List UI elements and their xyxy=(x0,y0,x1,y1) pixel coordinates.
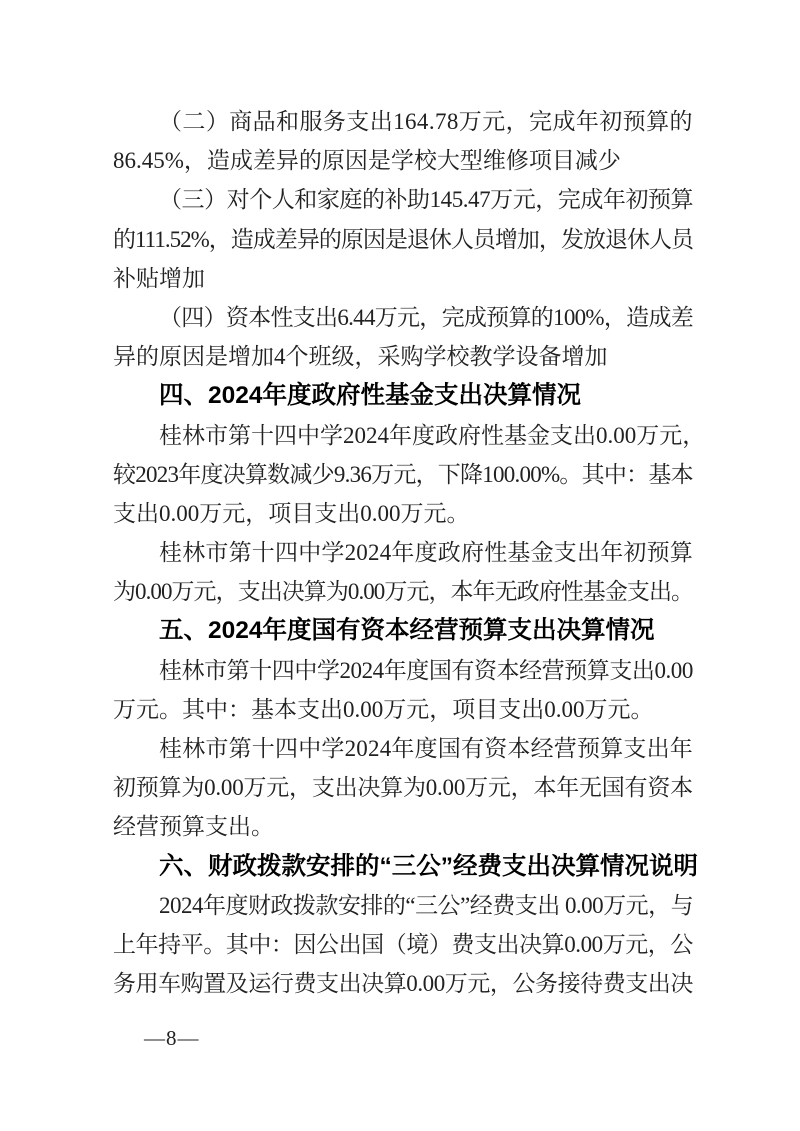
text-line: 上年持平。其中：因公出国（境）费支出决算0.00万元，公 xyxy=(113,925,693,964)
text-run: 为0.00万元，支出决算为0.00万元，本年无政府性基金支出。 xyxy=(113,579,693,604)
section-heading-6: 六、财政拨款安排的“三公”经费支出决算情况说明 xyxy=(113,847,693,886)
text-run: 桂林市第十四中学2024年度政府性基金支出0.00万元， xyxy=(159,423,705,448)
text-line: 补贴增加 xyxy=(113,259,693,298)
text-run: 2024年度财政拨款安排的“三公”经费支出 0.00万元，与 xyxy=(159,893,693,918)
text-run: 补贴增加 xyxy=(113,266,205,291)
heading-text: 六、财政拨款安排的“三公”经费支出决算情况说明 xyxy=(159,853,698,880)
text-line: （三）对个人和家庭的补助145.47万元，完成年初预算 xyxy=(113,180,693,219)
text-line: 经营预算支出。 xyxy=(113,807,693,846)
text-line: （二）商品和服务支出164.78万元，完成年初预算的 xyxy=(113,102,693,141)
text-line: 支出0.00万元，项目支出0.00万元。 xyxy=(113,494,693,533)
section-heading-4: 四、2024年度政府性基金支出决算情况 xyxy=(113,376,693,415)
page-number: —8— xyxy=(144,1023,200,1053)
text-line: 较2023年度决算数减少9.36万元，下降100.00%。其中：基本 xyxy=(113,455,693,494)
text-run: 桂林市第十四中学2024年度国有资本经营预算支出0.00 xyxy=(159,658,693,683)
section-heading-5: 五、2024年度国有资本经营预算支出决算情况 xyxy=(113,611,693,650)
text-line: 初预算为0.00万元，支出决算为0.00万元，本年无国有资本 xyxy=(113,768,693,807)
document-page: （二）商品和服务支出164.78万元，完成年初预算的 86.45%，造成差异的原… xyxy=(0,0,800,1131)
text-run: 86.45%，造成差异的原因是学校大型维修项目减少 xyxy=(113,148,621,173)
text-line: 桂林市第十四中学2024年度政府性基金支出0.00万元， xyxy=(113,416,693,455)
text-line: 86.45%，造成差异的原因是学校大型维修项目减少 xyxy=(113,141,693,180)
text-run: 万元。其中：基本支出0.00万元，项目支出0.00万元。 xyxy=(113,697,654,722)
text-run: 初预算为0.00万元，支出决算为0.00万元，本年无国有资本 xyxy=(113,775,693,800)
document-body: （二）商品和服务支出164.78万元，完成年初预算的 86.45%，造成差异的原… xyxy=(113,102,693,1003)
text-line: 桂林市第十四中学2024年度国有资本经营预算支出0.00 xyxy=(113,651,693,690)
text-line: 桂林市第十四中学2024年度政府性基金支出年初预算 xyxy=(113,533,693,572)
text-run: 桂林市第十四中学2024年度政府性基金支出年初预算 xyxy=(159,540,693,565)
text-line: 务用车购置及运行费支出决算0.00万元，公务接待费支出决 xyxy=(113,964,693,1003)
text-run: 经营预算支出。 xyxy=(113,814,274,839)
page-number-text: —8— xyxy=(144,1026,200,1050)
text-run: （二）商品和服务支出164.78万元，完成年初预算的 xyxy=(159,109,693,134)
text-line: 异的原因是增加4个班级，采购学校教学设备增加 xyxy=(113,337,693,376)
text-run: 桂林市第十四中学2024年度国有资本经营预算支出年 xyxy=(159,736,693,761)
text-run: 异的原因是增加4个班级，采购学校教学设备增加 xyxy=(113,344,608,369)
text-run: （四）资本性支出6.44万元，完成预算的100%，造成差 xyxy=(159,305,693,330)
text-run: 的111.52%，造成差异的原因是退休人员增加，发放退休人员 xyxy=(113,227,693,252)
heading-text: 五、2024年度国有资本经营预算支出决算情况 xyxy=(159,617,655,644)
text-line: （四）资本性支出6.44万元，完成预算的100%，造成差 xyxy=(113,298,693,337)
text-run: 支出0.00万元，项目支出0.00万元。 xyxy=(113,501,470,526)
text-line: 2024年度财政拨款安排的“三公”经费支出 0.00万元，与 xyxy=(113,886,693,925)
text-line: 的111.52%，造成差异的原因是退休人员增加，发放退休人员 xyxy=(113,220,693,259)
text-line: 为0.00万元，支出决算为0.00万元，本年无政府性基金支出。 xyxy=(113,572,693,611)
text-run: 上年持平。其中：因公出国（境）费支出决算0.00万元，公 xyxy=(113,932,693,957)
text-run: 较2023年度决算数减少9.36万元，下降100.00%。其中：基本 xyxy=(113,462,693,487)
heading-text: 四、2024年度政府性基金支出决算情况 xyxy=(159,382,581,409)
text-line: 桂林市第十四中学2024年度国有资本经营预算支出年 xyxy=(113,729,693,768)
text-line: 万元。其中：基本支出0.00万元，项目支出0.00万元。 xyxy=(113,690,693,729)
text-run: 务用车购置及运行费支出决算0.00万元，公务接待费支出决 xyxy=(113,971,693,996)
text-run: （三）对个人和家庭的补助145.47万元，完成年初预算 xyxy=(159,187,693,212)
